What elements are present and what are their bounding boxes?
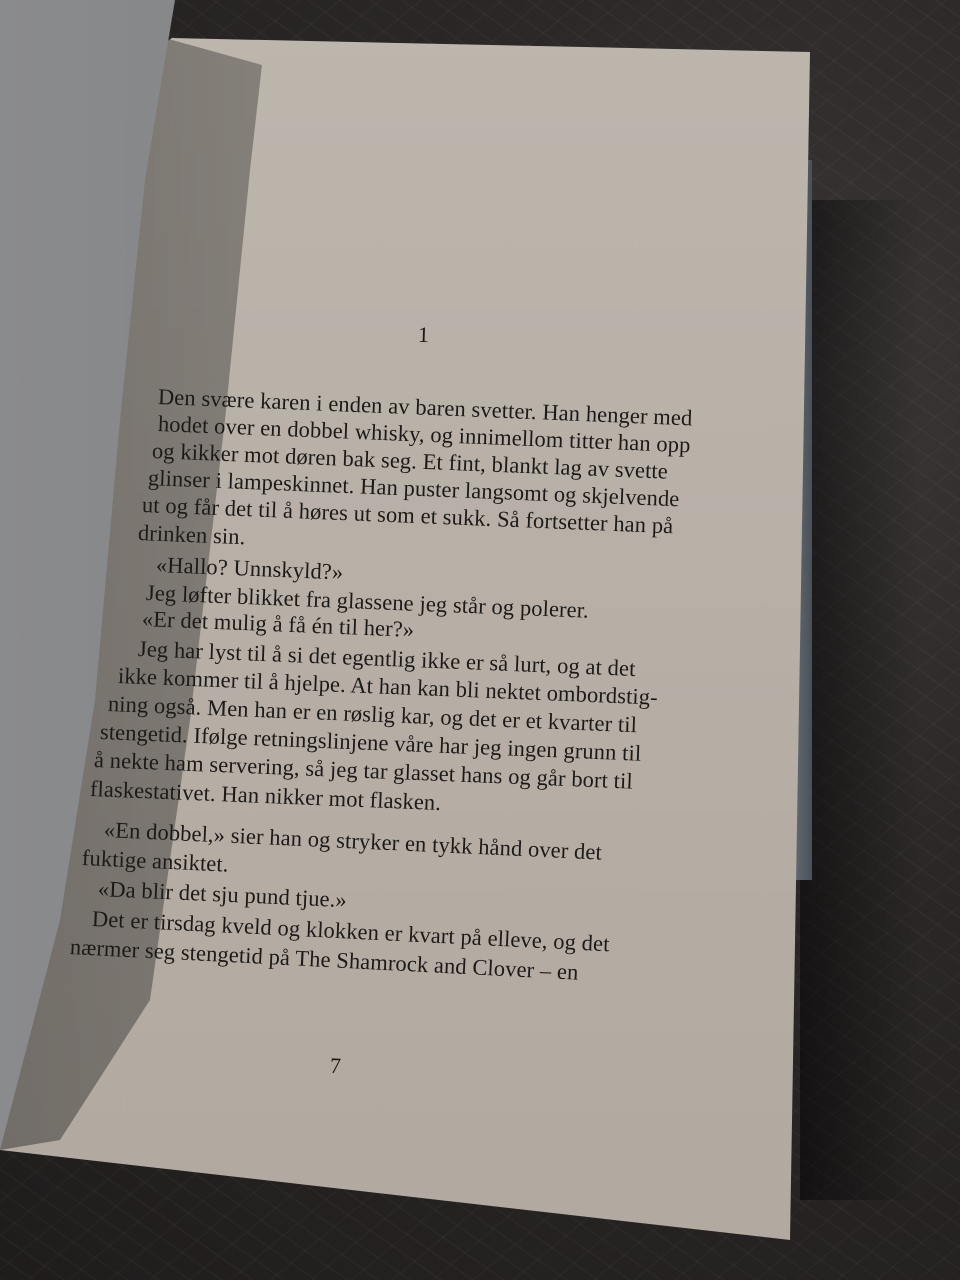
page-text: 1 Den svære karen i enden av baren svett…	[0, 0, 960, 1280]
text-line: drinken sin.	[137, 520, 245, 550]
chapter-number: 1	[418, 322, 430, 348]
text-line: fuktige ansiktet.	[81, 845, 229, 878]
photo-scene: 1 Den svære karen i enden av baren svett…	[0, 0, 960, 1280]
text-line: «Hallo? Unnskyld?»	[155, 552, 343, 586]
page-number: 7	[330, 1053, 342, 1079]
